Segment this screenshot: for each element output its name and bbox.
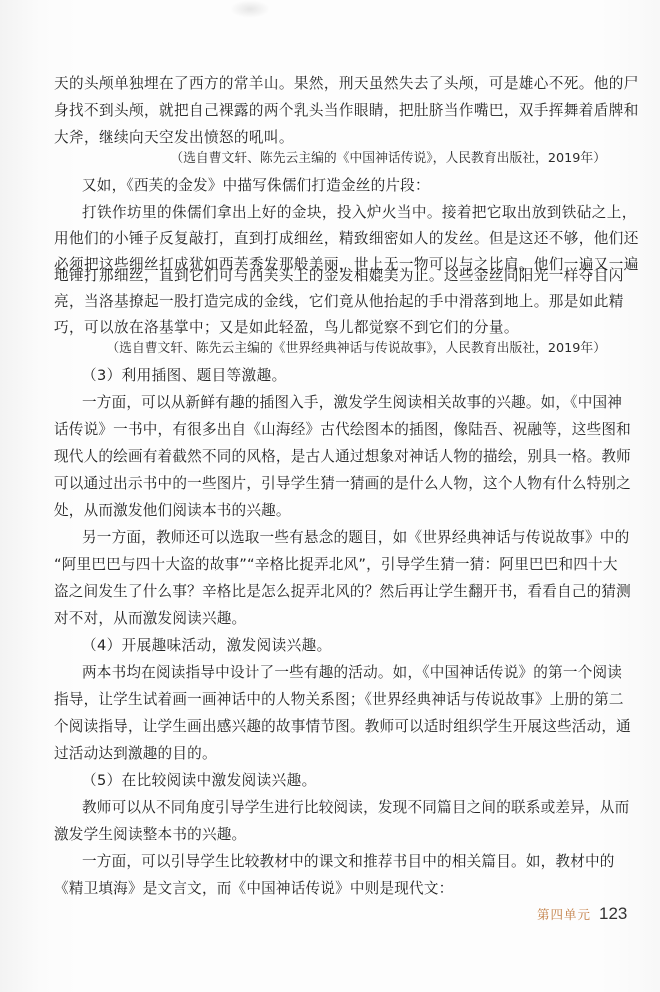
paragraph-line: 两本书均在阅读指导中设计了一些有趣的活动。如，《中国神话传说》的第一个阅读 [82,663,606,683]
paragraph-line: 现代人的绘画有着截然不同的风格，是古人通过想象对神话人物的描绘，别具一格。教师 [54,447,606,467]
paragraph-line: 个阅读指导，让学生画出感兴趣的故事情节图。教师可以适时组织学生开展这些活动，通 [54,717,606,737]
quote-line: 用他们的小锤子反复敲打，直到打成细丝，精致细密如人的发丝。但是这还不够，他们还 [54,229,606,249]
quote-line: 打铁作坊里的侏儒们拿出上好的金块，投入炉火当中。接着把它取出放到铁砧之上， [82,203,606,223]
paragraph-line: 一方面，可以从新鲜有趣的插图入手，激发学生阅读相关故事的兴趣。如，《中国神 [82,393,606,413]
citation: （选自曹文轩、陈先云主编的《中国神话传说》，人民教育出版社，2019年） [170,150,606,168]
paragraph-line: 话传说》一书中，有很多出自《山海经》古代绘图本的插图，像陆吾、祝融等，这些图和 [54,420,606,440]
section-heading: （4）开展趣味活动，激发阅读兴趣。 [82,636,606,656]
page-number: 123 [599,904,627,924]
paragraph-line: “阿里巴巴与四十大盗的故事”“辛格比捉弄北风”，引导学生猜一猜：阿里巴巴和四十大 [54,555,606,575]
section-heading: （3）利用插图、题目等激趣。 [82,366,606,386]
unit-label: 第四单元 [537,905,591,923]
quote-line: 身找不到头颅，就把自己裸露的两个乳头当作眼睛，把肚脐当作嘴巴，双手挥舞着盾牌和 [54,101,606,121]
quote-line: 地锤打那细丝，直到它们可与西芙头上的金发相媲美为止。这些金丝同阳光一样夺目闪 [54,266,606,286]
paragraph-line: 过活动达到激趣的目的。 [54,744,606,764]
quote-line: 天的头颅单独埋在了西方的常羊山。果然，刑天虽然失去了头颅，可是雄心不死。他的尸 [54,74,606,94]
paragraph-line: 对不对，从而激发阅读兴趣。 [54,609,606,629]
textbook-page: 天的头颅单独埋在了西方的常羊山。果然，刑天虽然失去了头颅，可是雄心不死。他的尸 … [0,0,660,992]
paragraph-line: 另一方面，教师还可以选取一些有悬念的题目，如《世界经典神话与传说故事》中的 [82,528,606,548]
citation: （选自曹文轩、陈先云主编的《世界经典神话与传说故事》，人民教育出版社，2019年… [106,340,606,358]
paragraph-line: 盗之间发生了什么事？辛格比是怎么捉弄北风的？然后再让学生翻开书，看看自己的猜测 [54,582,606,602]
section-heading: （5）在比较阅读中激发阅读兴趣。 [82,771,606,791]
paragraph-line: 可以通过出示书中的一些图片，引导学生猜一猜画的是什么人物，这个人物有什么特别之 [54,474,606,494]
paragraph-line: 《精卫填海》是文言文，而《中国神话传说》中则是现代文： [54,879,606,899]
paragraph-line: 指导，让学生试着画一画神话中的人物关系图；《世界经典神话与传说故事》上册的第二 [54,690,606,710]
quote-line: 亮，当洛基撩起一股打造完成的金线，它们竟从他抬起的手中滑落到地上。那是如此精 [54,292,606,312]
quote-line: 巧，可以放在洛基掌中；又是如此轻盈，鸟儿都觉察不到它们的分量。 [54,318,606,338]
paragraph-line: 处，从而激发他们阅读本书的兴趣。 [54,501,606,521]
scan-smudge [230,0,270,18]
paragraph-line: 教师可以从不同角度引导学生进行比较阅读，发现不同篇目之间的联系或差异，从而 [82,798,606,818]
paragraph-line: 激发学生阅读整本书的兴趣。 [54,825,606,845]
paragraph-line: 又如，《西芙的金发》中描写侏儒们打造金丝的片段： [82,176,606,196]
page-footer: 第四单元 123 [537,904,627,924]
quote-line: 大斧，继续向天空发出愤怒的吼叫。 [54,128,606,148]
paragraph-line: 一方面，可以引导学生比较教材中的课文和推荐书目中的相关篇目。如，教材中的 [82,852,606,872]
